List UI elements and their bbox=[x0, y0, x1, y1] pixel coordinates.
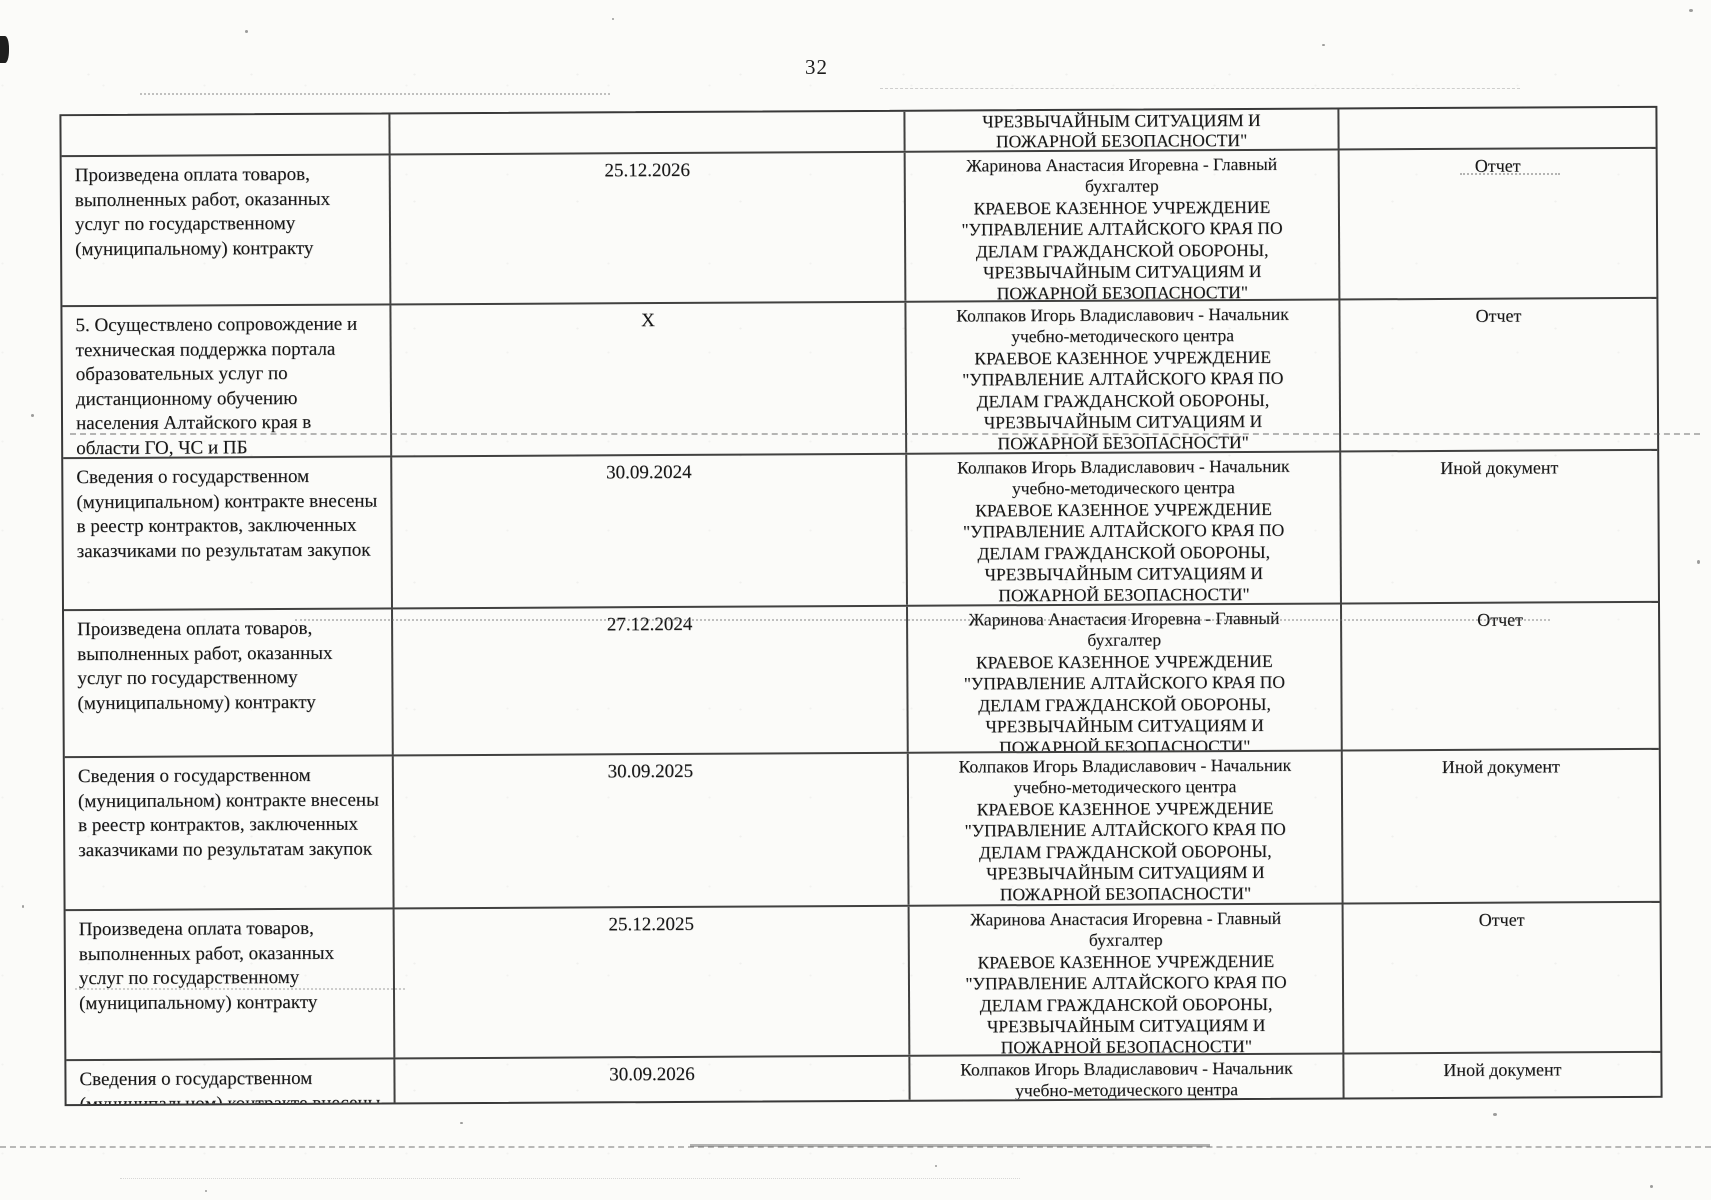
table-row: 5. Осуществлено сопровождение и техничес… bbox=[62, 299, 1657, 459]
cell-date: Х bbox=[391, 303, 907, 456]
table-row: Произведена оплата товаров, выполненных … bbox=[66, 903, 1661, 1061]
cell-activity bbox=[61, 114, 390, 155]
cell-doc-type: Отчет bbox=[1344, 903, 1661, 1053]
scan-blot bbox=[0, 36, 9, 63]
cell-responsible: Жаринова Анастасия Игоревна - Главный бу… bbox=[908, 604, 1343, 751]
cell-activity: Сведения о государственном (муниципально… bbox=[63, 457, 393, 609]
cell-doc-type: Иной документ bbox=[1341, 451, 1658, 603]
cell-doc-type: Отчет bbox=[1340, 149, 1657, 299]
cell-date: 27.12.2024 bbox=[393, 607, 909, 755]
table-row: Сведения о государственном (муниципально… bbox=[66, 1053, 1660, 1104]
cell-responsible: Колпаков Игорь Владиславович - Начальник… bbox=[907, 452, 1342, 604]
cell-date: 25.12.2025 bbox=[395, 907, 911, 1058]
cell-doc-type: Отчет bbox=[1340, 299, 1657, 451]
cell-activity: Произведена оплата товаров, выполненных … bbox=[64, 609, 394, 756]
cell-doc-type: Иной документ bbox=[1343, 750, 1660, 903]
cell-responsible: Колпаков Игорь Владиславович - Начальник… bbox=[906, 300, 1341, 452]
cell-doc-type: Отчет bbox=[1342, 603, 1659, 750]
cell-activity: 5. Осуществлено сопровождение и техничес… bbox=[62, 305, 392, 457]
cell-date: 30.09.2025 bbox=[394, 754, 910, 908]
cell-doc-type: Иной документ bbox=[1344, 1053, 1660, 1098]
activities-table: ЧРЕЗВЫЧАЙНЫМ СИТУАЦИЯМ И ПОЖАРНОЙ БЕЗОПА… bbox=[59, 106, 1662, 1106]
scan-cut-line bbox=[690, 1144, 1210, 1147]
table-row: Произведена оплата товаров, выполненных … bbox=[62, 149, 1657, 307]
page-number: 32 bbox=[805, 55, 865, 80]
cell-doc-type bbox=[1339, 108, 1655, 149]
cell-responsible: Жаринова Анастасия Игоревна - Главный бу… bbox=[906, 150, 1341, 300]
cell-date: 25.12.2026 bbox=[391, 153, 907, 304]
scanned-page: 32 ЧРЕЗВЫЧАЙНЫМ СИТУАЦИЯМ И ПОЖАРНОЙ БЕЗ… bbox=[0, 0, 1711, 1200]
table-row: Сведения о государственном (муниципально… bbox=[63, 451, 1658, 611]
cell-activity: Произведена оплата товаров, выполненных … bbox=[66, 909, 396, 1059]
cell-activity: Произведена оплата товаров, выполненных … bbox=[62, 155, 392, 305]
table-row: Сведения о государственном (муниципально… bbox=[65, 750, 1660, 911]
cell-date: 30.09.2024 bbox=[392, 455, 908, 608]
cell-responsible: Колпаков Игорь Владиславович - Начальник… bbox=[909, 751, 1344, 904]
cell-activity: Сведения о государственном (муниципально… bbox=[65, 756, 395, 909]
scan-streak bbox=[120, 1178, 1020, 1179]
cell-activity: Сведения о государственном (муниципально… bbox=[66, 1059, 395, 1104]
cell-date bbox=[390, 112, 905, 154]
scan-streak bbox=[880, 88, 1520, 89]
cell-responsible: Колпаков Игорь Владиславович - Начальник… bbox=[910, 1054, 1344, 1099]
scan-streak bbox=[140, 93, 610, 95]
cell-responsible: Жаринова Анастасия Игоревна - Главный бу… bbox=[910, 904, 1345, 1054]
table-row: Произведена оплата товаров, выполненных … bbox=[64, 603, 1659, 758]
cell-date: 30.09.2026 bbox=[395, 1057, 910, 1103]
scan-cut-line bbox=[0, 1146, 1711, 1148]
cell-responsible: ЧРЕЗВЫЧАЙНЫМ СИТУАЦИЯМ И ПОЖАРНОЙ БЕЗОПА… bbox=[905, 109, 1339, 150]
